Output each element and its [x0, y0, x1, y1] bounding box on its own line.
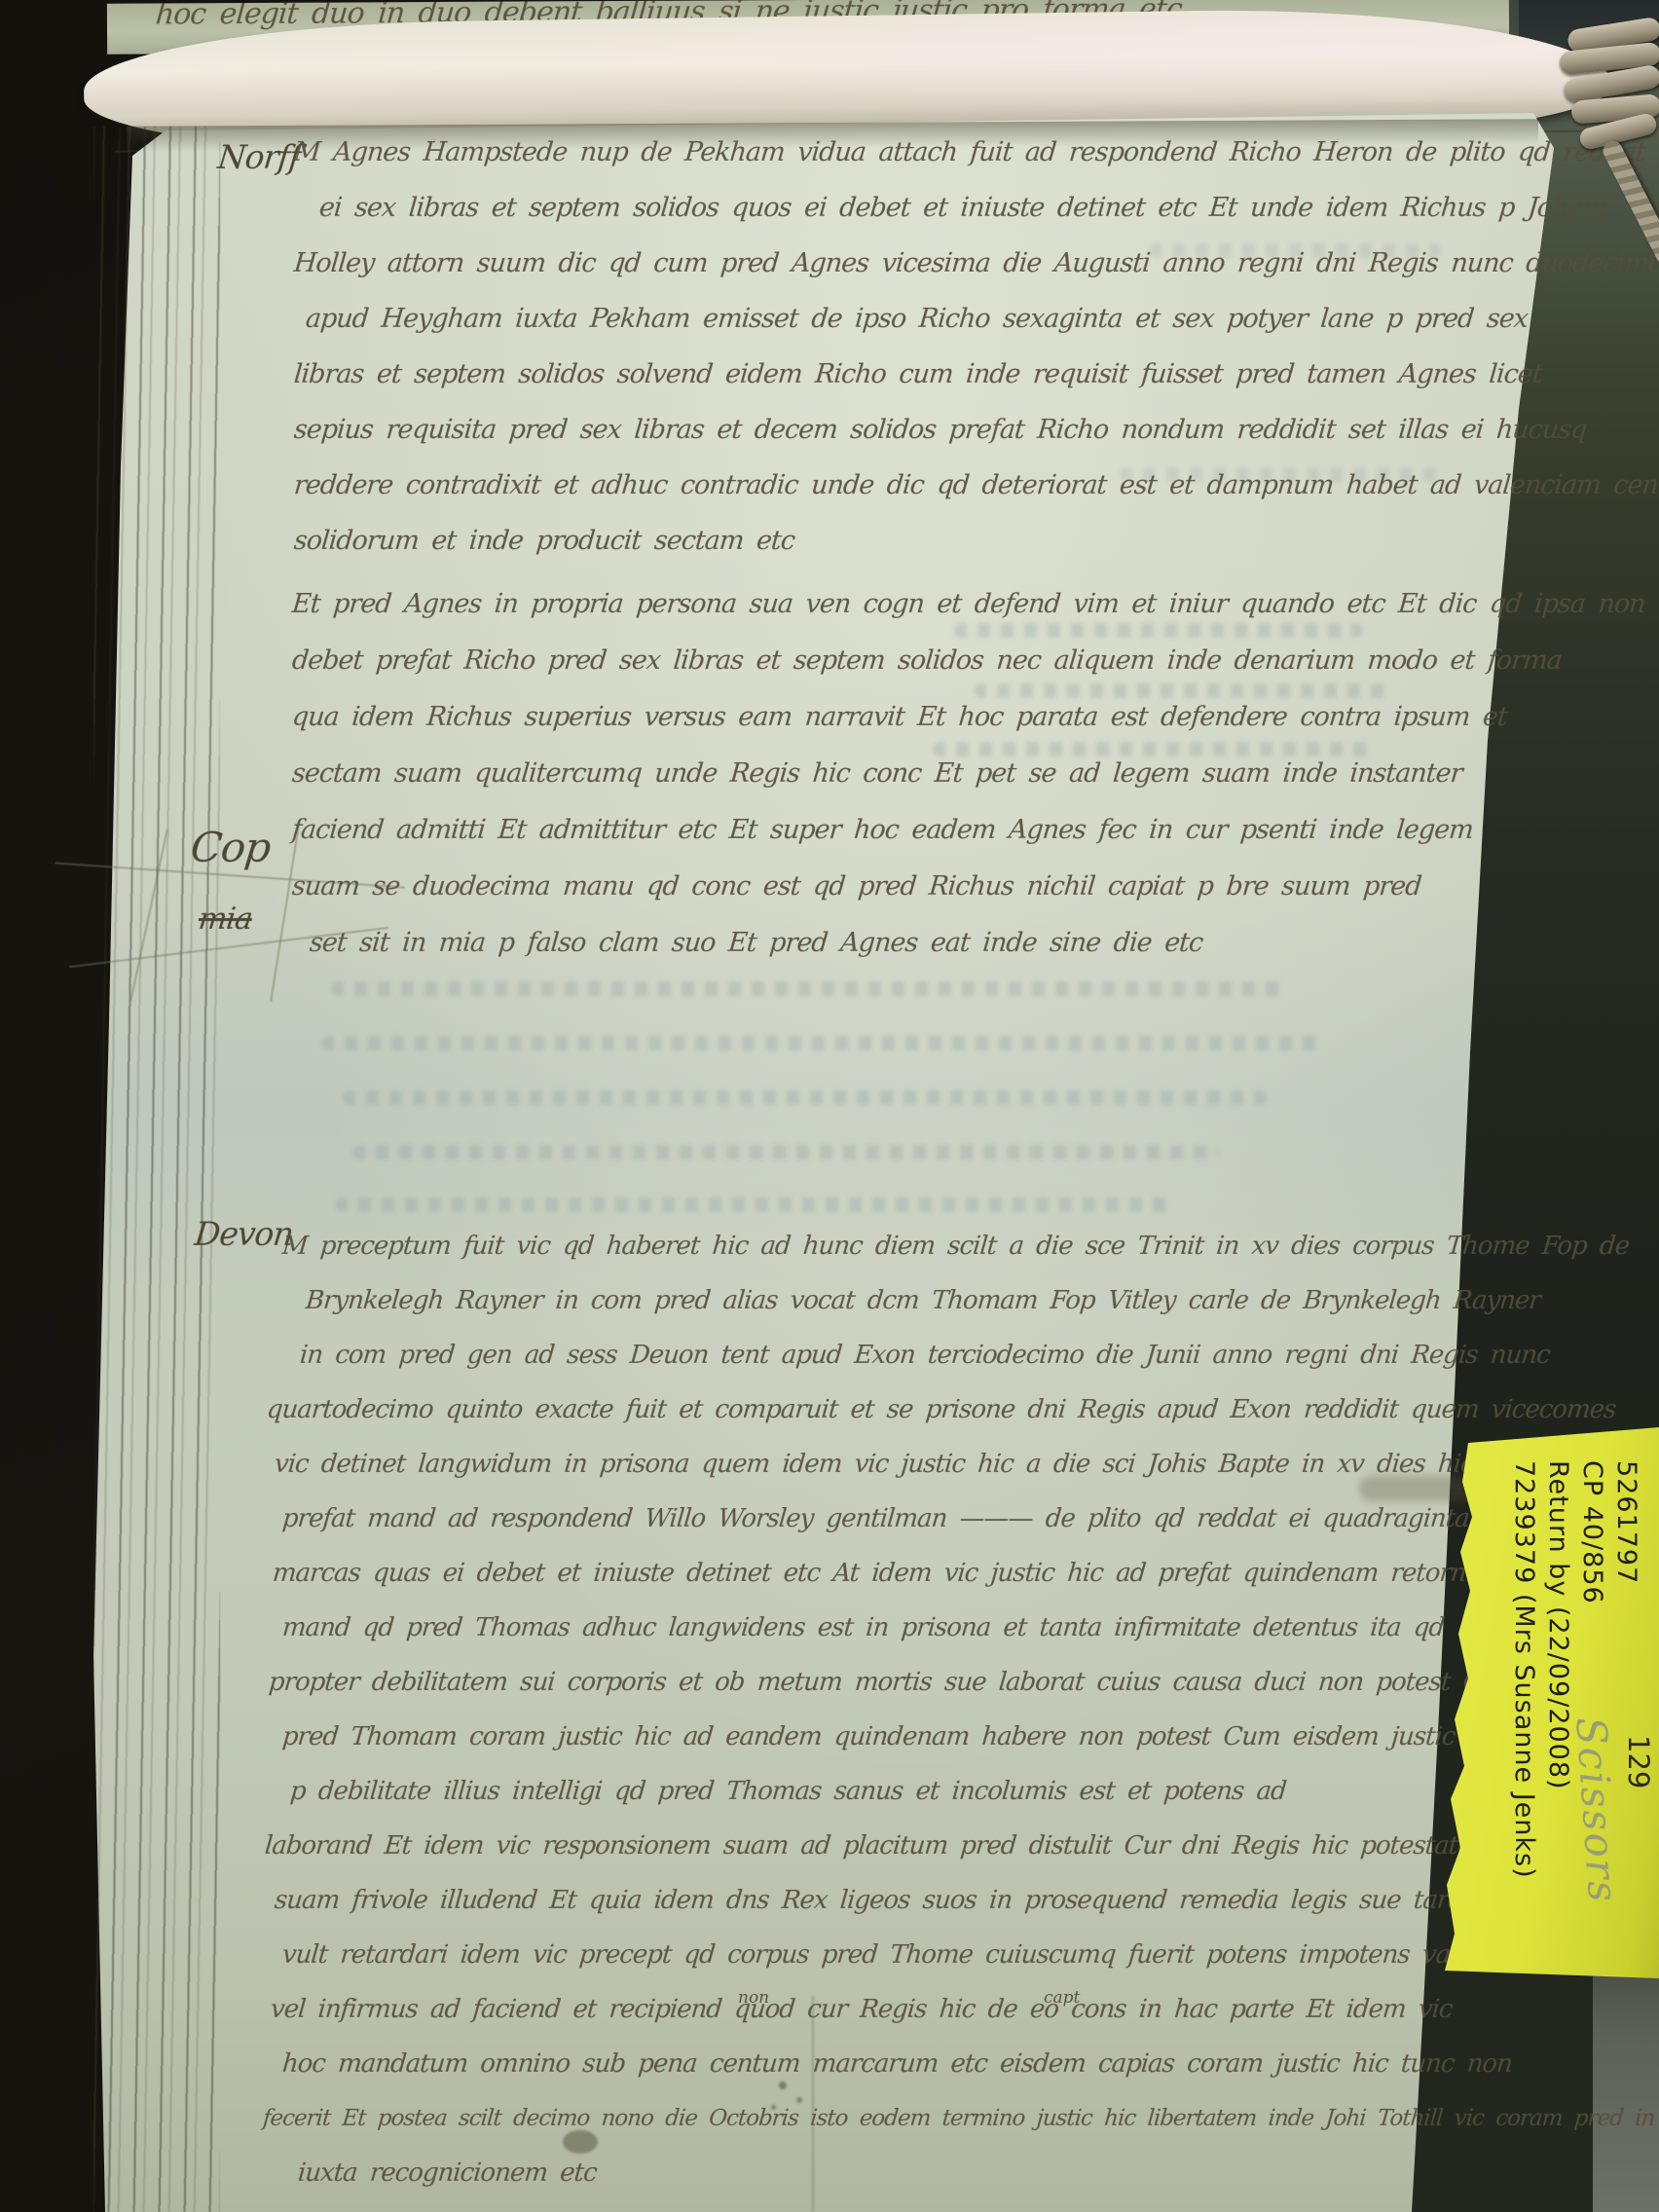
margin-county-norff: Norff	[216, 138, 302, 176]
script-line: faciend admitti Et admittitur etc Et sup…	[289, 802, 1647, 859]
parchment-cord	[1534, 18, 1659, 319]
script-line: set sit in mia p falso clam suo Et pred …	[307, 915, 1647, 972]
entry-1: M Agnes Hampstede nup de Pekham vidua at…	[294, 125, 1659, 569]
ghost-text	[331, 981, 1285, 996]
interlinear-word: non	[738, 1988, 769, 2008]
script-line: libras et septem solidos solvend eidem R…	[292, 347, 1659, 402]
margin-county-devon: Devon	[193, 1215, 295, 1253]
script-line: Brynkelegh Rayner in com pred alias voca…	[304, 1273, 1659, 1328]
entry-2: Et pred Agnes in propria persona sua ven…	[292, 576, 1645, 972]
script-line: sepius requisita pred sex libras et dece…	[292, 402, 1659, 458]
ghost-text	[343, 1090, 1268, 1105]
script-line: reddere contradixit et adhuc contradic u…	[292, 458, 1659, 513]
script-line: suam se duodecima manu qd conc est qd pr…	[289, 859, 1647, 915]
script-line: quartodecimo quinto exacte fuit et compa…	[265, 1382, 1659, 1437]
photograph-of-plea-roll: hoc elegit duo in duo debent balliuus si…	[0, 0, 1659, 2212]
ink-dot	[796, 2097, 802, 2103]
ink-stain	[563, 2130, 598, 2154]
script-line: solidorum et inde producit sectam etc	[292, 513, 1659, 569]
script-line: propter debilitatem sui corporis et ob m…	[267, 1655, 1659, 1710]
margin-note-mia: mia	[197, 902, 254, 937]
script-line: pred Thomam coram justic hic ad eandem q…	[280, 1710, 1659, 1764]
sticky-note-line: 7239379 (Mrs Susanne Jenks)	[1507, 1460, 1541, 1928]
folio-number: 129	[1622, 1735, 1655, 1788]
crease	[812, 1996, 814, 2212]
sticky-note: 5261797 CP 40/856 Return by (22/09/2008)…	[1443, 1427, 1659, 1978]
ghost-text	[321, 1036, 1324, 1051]
script-line: M preceptum fuit vic qd haberet hic ad h…	[280, 1219, 1659, 1273]
script-line: mand qd pred Thomas adhuc langwidens est…	[280, 1601, 1659, 1655]
ghost-text	[352, 1145, 1219, 1160]
script-line: marcas quas ei debet et iniuste detinet …	[271, 1546, 1659, 1601]
ink-dot	[779, 2082, 787, 2089]
script-line: vel infirmus ad faciend et recipiend quo…	[269, 1982, 1659, 2037]
script-line: hoc mandatum omnino sub pena centum marc…	[280, 2037, 1659, 2091]
sticky-note-line: Return by (22/09/2008)	[1541, 1460, 1575, 1928]
ghost-text	[335, 1198, 1172, 1212]
script-line: apud Heygham iuxta Pekham emisset de ips…	[304, 291, 1659, 347]
script-line: debet prefat Richo pred sex libras et se…	[289, 633, 1647, 689]
cord-tail	[1600, 137, 1659, 307]
script-line: laborand Et idem vic responsionem suam a…	[263, 1819, 1659, 1873]
script-line: qua idem Richus superius versus eam narr…	[289, 689, 1647, 746]
script-line: iuxta recognicionem etc	[296, 2146, 1659, 2200]
script-line: ei sex libras et septem solidos quos ei …	[317, 180, 1659, 236]
interlinear-word: capt	[1044, 1988, 1080, 2008]
margin-note-cop: Cop	[188, 824, 272, 871]
script-line: in com pred gen ad sess Deuon tent apud …	[298, 1328, 1659, 1382]
script-line: M Agnes Hampstede nup de Pekham vidua at…	[292, 125, 1659, 180]
ink-dot	[771, 2105, 776, 2110]
script-line: Et pred Agnes in propria persona sua ven…	[289, 576, 1647, 633]
script-line: fecerit Et postea scilt decimo nono die …	[261, 2091, 1659, 2146]
entry-3: M preceptum fuit vic qd haberet hic ad h…	[282, 1219, 1659, 2200]
page-stack-edges	[93, 127, 220, 2212]
script-line: sectam suam qualitercumq unde Regis hic …	[289, 746, 1647, 802]
script-line: Holley attorn suum dic qd cum pred Agnes…	[292, 236, 1659, 291]
